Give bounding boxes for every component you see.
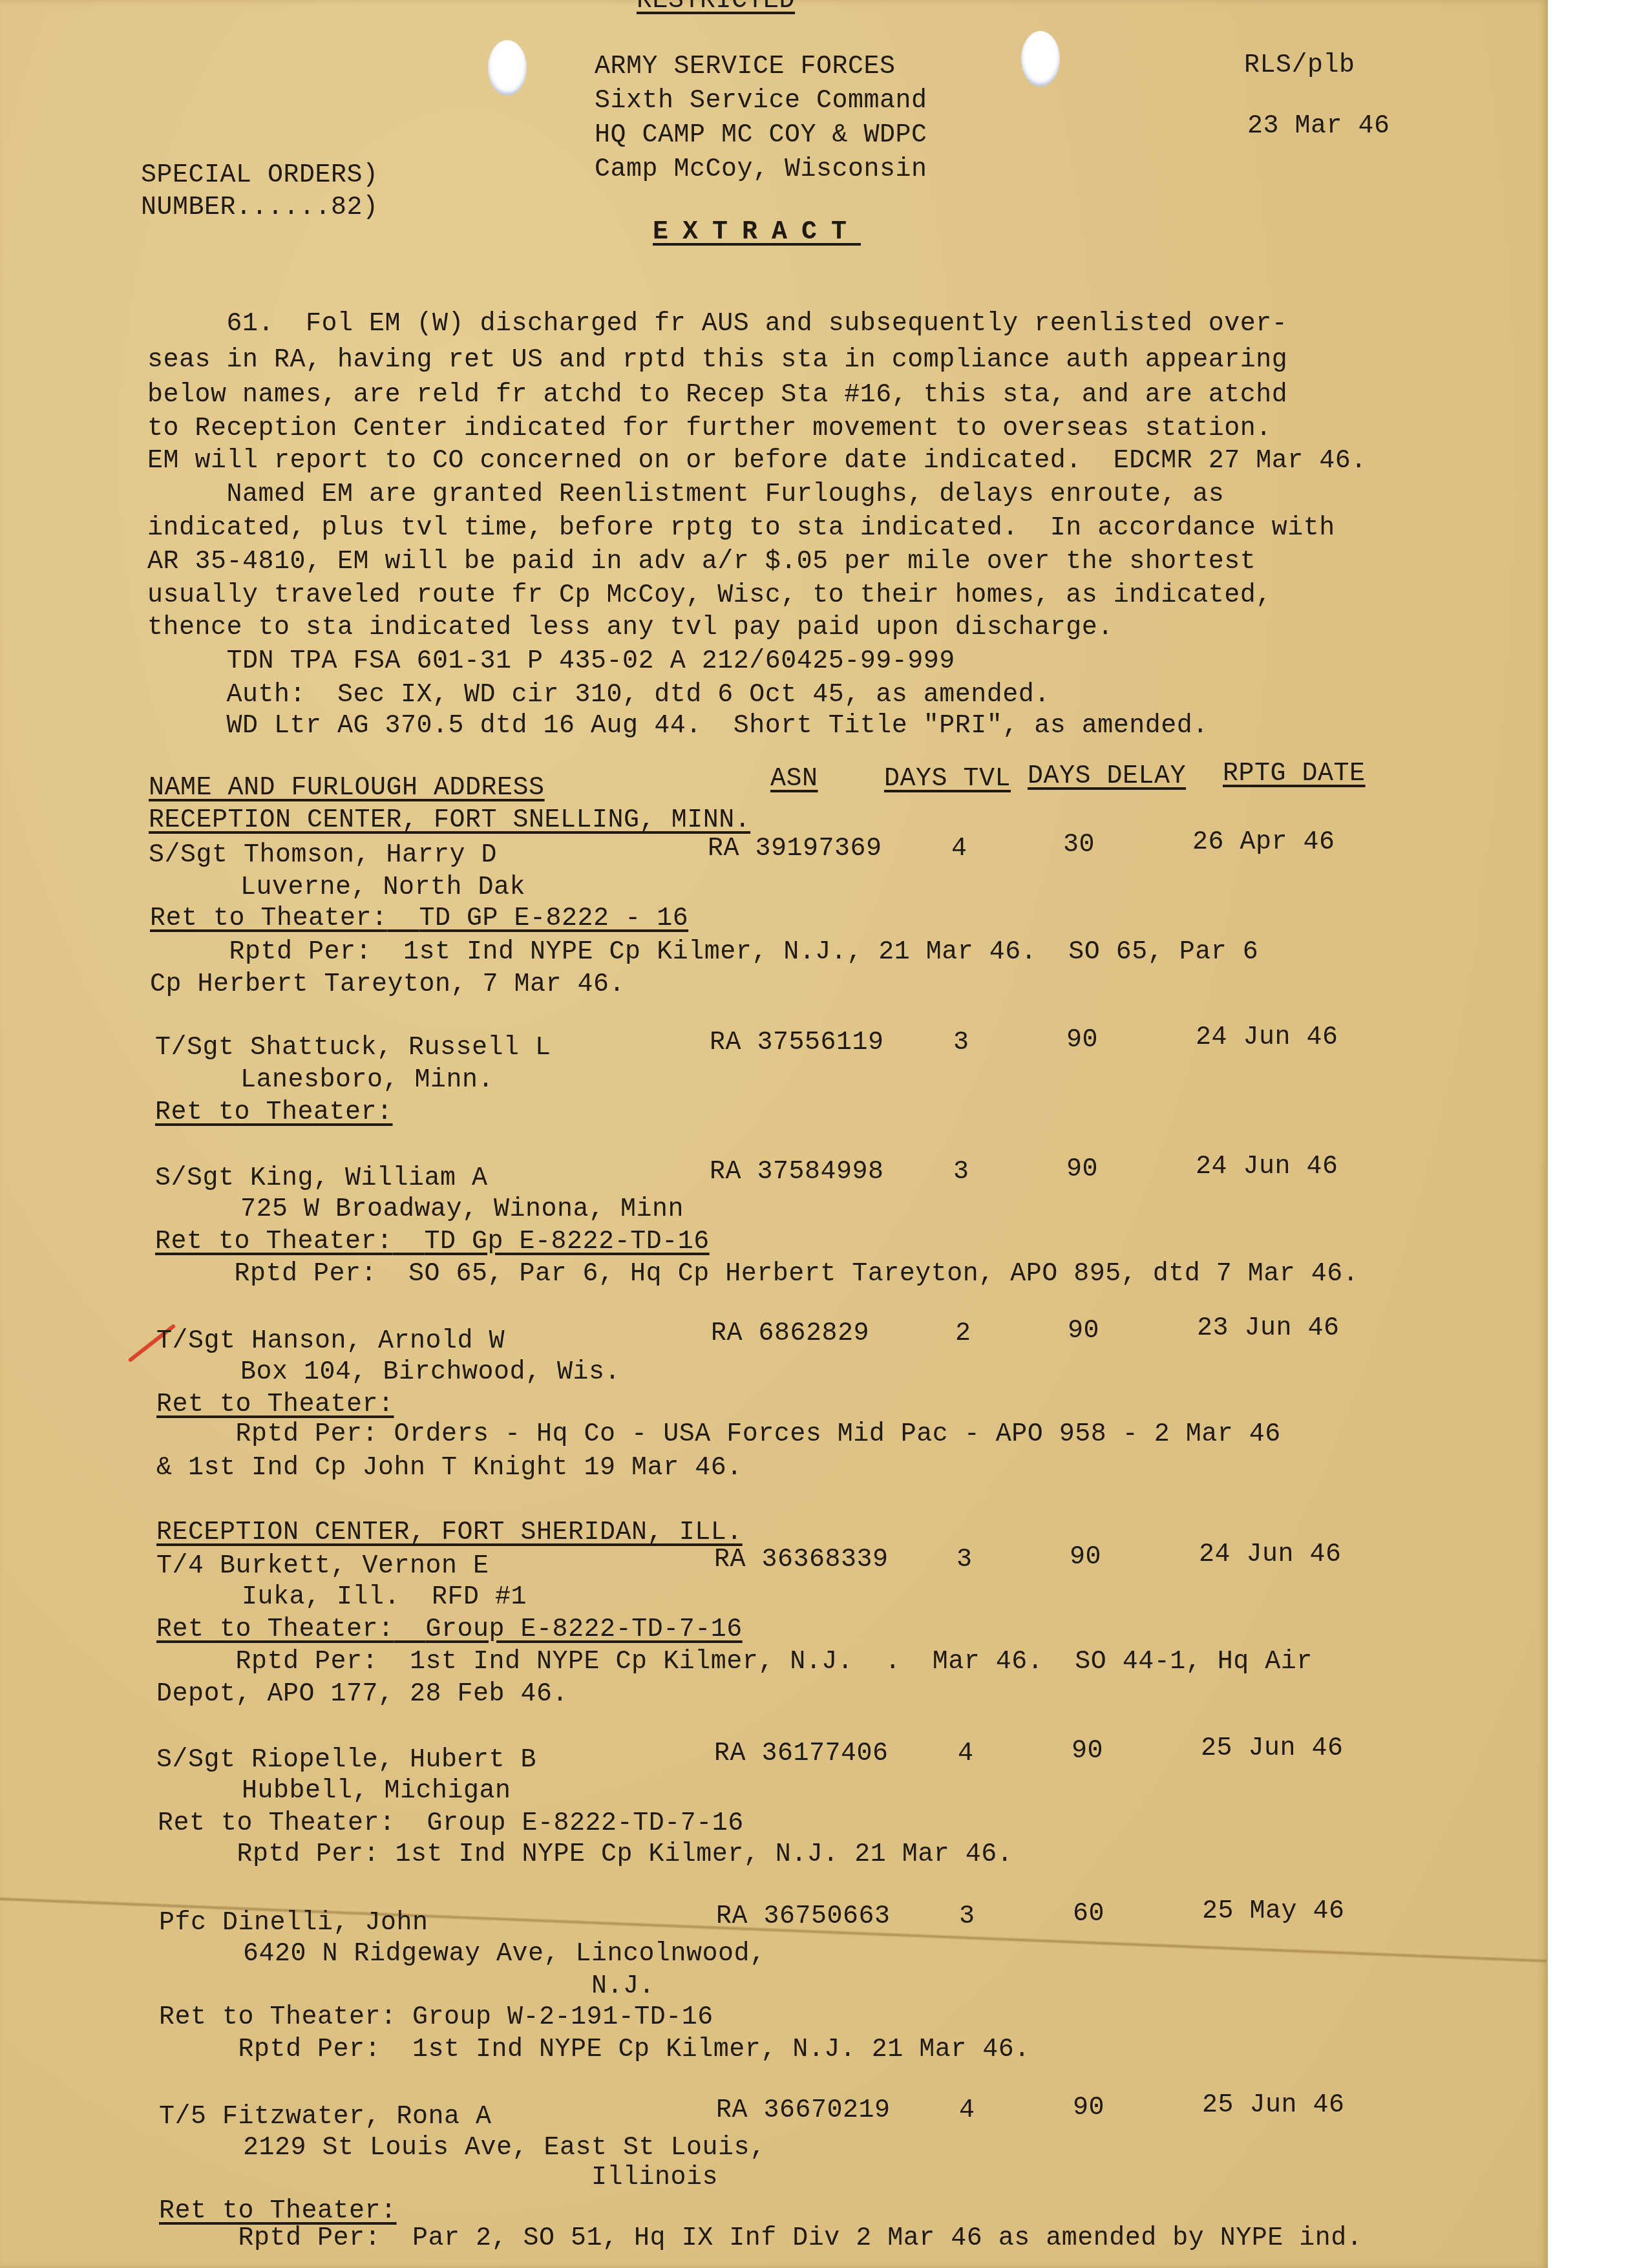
entry-rptg-date: 24 Jun 46 (1196, 1152, 1338, 1183)
entry-name: S/Sgt King, William A (155, 1163, 488, 1194)
document-title: EXTRACT (653, 217, 861, 248)
org-line-2: Sixth Service Command (595, 86, 927, 117)
entry-address: Lanesboro, Minn. (240, 1065, 494, 1096)
entry-days-delay: 90 (1066, 1025, 1098, 1056)
rptd-per-line: & 1st Ind Cp John T Knight 19 Mar 46. (156, 1453, 743, 1484)
ret-label: Ret to Theater: (159, 2003, 397, 2032)
ret-label: Ret to Theater: (156, 1615, 394, 1644)
paragraph-line: usually traveled route fr Cp McCoy, Wisc… (147, 580, 1272, 611)
col-header-asn: ASN (770, 764, 818, 795)
rptd-per-line: Rptd Per: Orders - Hq Co - USA Forces Mi… (156, 1419, 1281, 1450)
paragraph-line: AR 35-4810, EM will be paid in adv a/r $… (147, 547, 1256, 578)
ret-to-theater: Ret to Theater: (159, 2196, 397, 2227)
entry-rptg-date: 25 Jun 46 (1202, 2090, 1345, 2121)
col-header-days-tvl: DAYS TVL (884, 764, 1011, 795)
entry-days-delay: 90 (1073, 2093, 1104, 2124)
entry-asn: RA 6862829 (711, 1319, 869, 1350)
col-header-name: NAME AND FURLOUGH ADDRESS (149, 773, 545, 804)
entry-asn: RA 39197369 (708, 834, 882, 865)
entry-rptg-date: 25 May 46 (1202, 1896, 1345, 1927)
entry-days-tvl: 3 (959, 1902, 975, 1933)
col-header-rptg-date: RPTG DATE (1223, 759, 1366, 790)
punch-hole-right (1021, 31, 1060, 87)
paragraph-line: below names, are reld fr atchd to Recep … (147, 380, 1287, 411)
rptd-per-line: Rptd Per: 1st Ind NYPE Cp Kilmer, N.J. .… (156, 1647, 1313, 1678)
entry-rptg-date: 24 Jun 46 (1196, 1023, 1338, 1054)
entry-asn: RA 36368339 (714, 1545, 889, 1576)
rptd-per-line: Rptd Per: SO 65, Par 6, Hq Cp Herbert Ta… (155, 1259, 1358, 1290)
ret-to-theater: Ret to Theater: TD Gp E-8222-TD-16 (155, 1227, 710, 1258)
ret-label: Ret to Theater: (158, 1809, 396, 1838)
ret-to-theater: Ret to Theater: Group W-2-191-TD-16 (159, 2002, 713, 2033)
entry-rptg-date: 23 Jun 46 (1197, 1313, 1340, 1344)
rptd-per-line: Cp Herbert Tareyton, 7 Mar 46. (150, 970, 625, 1001)
classification-label: RESTRICTED (637, 0, 795, 17)
entry-days-delay: 90 (1068, 1316, 1099, 1347)
entry-days-delay: 90 (1066, 1154, 1098, 1185)
paragraph-line: Named EM are granted Reenlistment Furlou… (147, 480, 1224, 511)
entry-address: 2129 St Louis Ave, East St Louis, (243, 2133, 766, 2164)
ret-value: TD Gp E-8222-TD-16 (425, 1227, 710, 1256)
ret-label: Ret to Theater: (150, 904, 388, 933)
rptd-per-line: Rptd Per: 1st Ind NYPE Cp Kilmer, N.J. 2… (159, 2035, 1030, 2066)
paragraph-line: EM will report to CO concerned on or bef… (147, 446, 1367, 477)
col-header-days-delay: DAYS DELAY (1028, 761, 1186, 792)
punch-hole-left (488, 40, 527, 96)
ret-to-theater: Ret to Theater: (155, 1097, 393, 1129)
auth-line: Auth: Sec IX, WD cir 310, dtd 6 Oct 45, … (147, 680, 1050, 711)
entry-name: T/4 Burkett, Vernon E (156, 1551, 489, 1582)
entry-days-delay: 60 (1073, 1899, 1104, 1930)
entry-address: Iuka, Ill. RFD #1 (242, 1582, 527, 1613)
special-orders-label: SPECIAL ORDERS) (141, 160, 379, 191)
entry-rptg-date: 24 Jun 46 (1199, 1540, 1342, 1571)
org-line-3: HQ CAMP MC COY & WDPC (595, 120, 927, 151)
entry-days-delay: 90 (1072, 1736, 1103, 1767)
entry-days-delay: 30 (1063, 830, 1095, 861)
ret-to-theater: Ret to Theater: TD GP E-8222 - 16 (150, 904, 688, 935)
entry-rptg-date: 25 Jun 46 (1201, 1733, 1344, 1765)
paragraph-line: seas in RA, having ret US and rptd this … (147, 345, 1287, 376)
paragraph-line: indicated, plus tvl time, before rptg to… (147, 513, 1335, 544)
entry-days-tvl: 2 (955, 1319, 971, 1350)
section-header-fort-snelling: RECEPTION CENTER, FORT SNELLING, MINN. (149, 805, 750, 836)
ret-to-theater: Ret to Theater: Group E-8222-TD-7-16 (156, 1615, 743, 1646)
wd-letter-line: WD Ltr AG 370.5 dtd 16 Aug 44. Short Tit… (147, 711, 1209, 742)
entry-address: 725 W Broadway, Winona, Minn (240, 1194, 684, 1225)
entry-days-delay: 90 (1070, 1542, 1101, 1573)
entry-rptg-date: 26 Apr 46 (1192, 827, 1335, 858)
ret-value: TD GP E-8222 - 16 (419, 904, 689, 933)
entry-address: Luverne, North Dak (240, 873, 525, 904)
entry-asn: RA 36177406 (714, 1739, 889, 1770)
paragraph-line: 61. Fol EM (W) discharged fr AUS and sub… (147, 309, 1287, 340)
entry-asn: RA 37556119 (710, 1028, 884, 1059)
ret-to-theater: Ret to Theater: (156, 1390, 394, 1421)
section-header-fort-sheridan: RECEPTION CENTER, FORT SHERIDAN, ILL. (156, 1518, 743, 1549)
entry-days-tvl: 4 (959, 2095, 975, 2126)
entry-days-tvl: 4 (951, 834, 967, 865)
entry-name: Pfc Dinelli, John (159, 1908, 428, 1939)
entry-address: Illinois (243, 2163, 718, 2194)
entry-name: S/Sgt Thomson, Harry D (149, 840, 497, 871)
rptd-per-line: Rptd Per: 1st Ind NYPE Cp Kilmer, N.J. 2… (158, 1839, 1013, 1871)
ret-value: Group W-2-191-TD-16 (412, 2003, 713, 2032)
tdn-line: TDN TPA FSA 601-31 P 435-02 A 212/60425-… (147, 646, 955, 677)
paragraph-line: thence to sta indicated less any tvl pay… (147, 613, 1114, 644)
entry-address: N.J. (243, 1971, 655, 2002)
entry-name: T/Sgt Hanson, Arnold W (156, 1326, 505, 1357)
reference-initials: RLS/plb (1244, 50, 1355, 81)
entry-address: Hubbell, Michigan (242, 1776, 511, 1807)
entry-address: Box 104, Birchwood, Wis. (240, 1357, 620, 1388)
rptd-per-line: Rptd Per: Par 2, SO 51, Hq IX Inf Div 2 … (159, 2223, 1362, 2254)
rptd-per-line: Depot, APO 177, 28 Feb 46. (156, 1679, 568, 1710)
org-line-4: Camp McCoy, Wisconsin (595, 154, 927, 185)
special-orders-number: NUMBER......82) (141, 193, 379, 224)
entry-days-tvl: 3 (953, 1157, 969, 1188)
org-line-1: ARMY SERVICE FORCES (595, 52, 896, 83)
entry-days-tvl: 3 (953, 1028, 969, 1059)
ret-to-theater: Ret to Theater: Group E-8222-TD-7-16 (158, 1808, 744, 1839)
ret-value: Group E-8222-TD-7-16 (427, 1809, 744, 1838)
ret-value: Group E-8222-TD-7-16 (426, 1615, 743, 1644)
entry-name: T/5 Fitzwater, Rona A (159, 2102, 492, 2133)
ret-label: Ret to Theater: (155, 1227, 393, 1256)
rptd-per-line: Rptd Per: 1st Ind NYPE Cp Kilmer, N.J., … (150, 937, 1258, 968)
entry-asn: RA 36750663 (716, 1902, 891, 1933)
entry-asn: RA 36670219 (716, 2095, 891, 2126)
paragraph-line: to Reception Center indicated for furthe… (147, 414, 1272, 445)
entry-days-tvl: 4 (958, 1739, 974, 1770)
entry-asn: RA 37584998 (710, 1157, 884, 1188)
entry-address: 6420 N Ridgeway Ave, Lincolnwood, (243, 1939, 766, 1970)
order-date: 23 Mar 46 (1247, 111, 1390, 142)
entry-days-tvl: 3 (956, 1545, 973, 1576)
entry-name: T/Sgt Shattuck, Russell L (155, 1033, 551, 1064)
entry-name: S/Sgt Riopelle, Hubert B (156, 1745, 536, 1776)
